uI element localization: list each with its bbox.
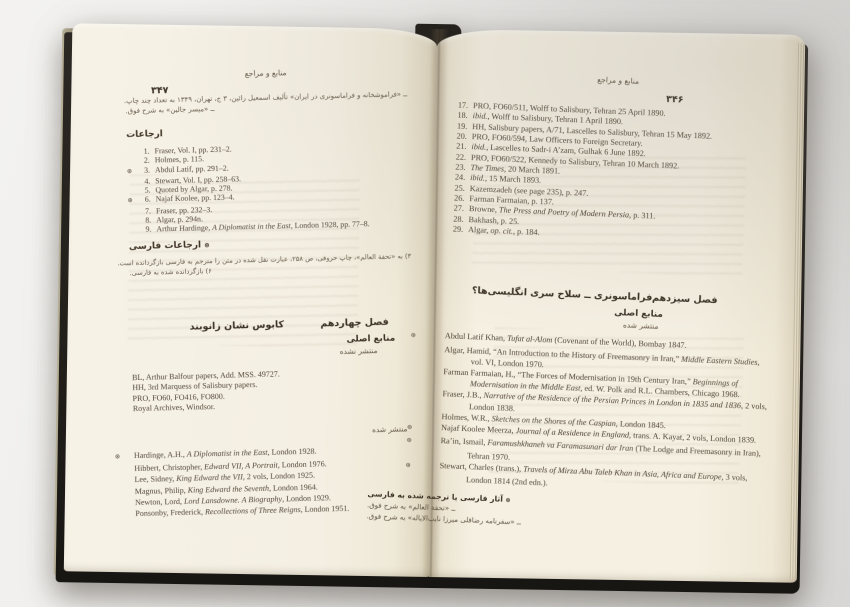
footnote-marker-icon: ⊛ [204, 241, 210, 249]
footnote-marker-icon: ⊛ [125, 452, 134, 463]
footnote-marker-icon: ⊛ [127, 167, 136, 177]
endnote-list: 17.PRO, FO60/511, Wolff to Salisbury, Te… [446, 100, 783, 248]
chapter-heading-row: فصل چهاردهم کابوس نشان زانوبند [131, 316, 413, 336]
left-page-content: منابع و مراجع ۳۴۷ ــ «فراموشخانه و فراما… [124, 41, 417, 519]
chapter-title: فراماسونری ــ سلاح سری انگلیسی‌ها؟ [444, 285, 681, 306]
footnote-marker-icon: ⊛ [505, 497, 510, 504]
endnote-list: 1.Fraser, Vol. I, pp. 231–2. 2.Holmes, p… [126, 140, 410, 235]
pages: منابع و مراجع ۳۴۷ ــ «فراموشخانه و فراما… [64, 23, 806, 582]
bibliography-list: ⊛Abdul Latif Khan, Tufat al-Alom (Covena… [436, 331, 774, 498]
unpublished-sources-list: BL, Arthur Balfour papers, Add. MSS. 497… [132, 366, 415, 415]
chapter-title: کابوس نشان زانوبند [131, 318, 343, 334]
references-heading: ارجاعات [126, 123, 408, 140]
persian-footnotes: ۳) به «تحفة العالم»، چاپ حروفی، ص ۲۵۸، ع… [129, 251, 411, 278]
right-page: منابع و مراجع ۳۴۶ 17.PRO, FO60/511, Wolf… [429, 29, 806, 583]
page-number: ۳۴۷ [151, 85, 169, 96]
right-page-content: منابع و مراجع ۳۴۶ 17.PRO, FO60/511, Wolf… [434, 63, 784, 538]
open-book: منابع و مراجع ۳۴۷ ــ «فراموشخانه و فراما… [54, 18, 811, 594]
footnote-marker-icon: ⊛ [128, 197, 137, 207]
page-number: ۳۴۶ [666, 94, 684, 106]
book-photo: { "colors":{"background":"#eeedeb","page… [0, 0, 850, 607]
published-heading: منتشر شده [133, 424, 415, 440]
persian-references-heading: ⊛ ارجاعات فارسی [129, 235, 411, 252]
